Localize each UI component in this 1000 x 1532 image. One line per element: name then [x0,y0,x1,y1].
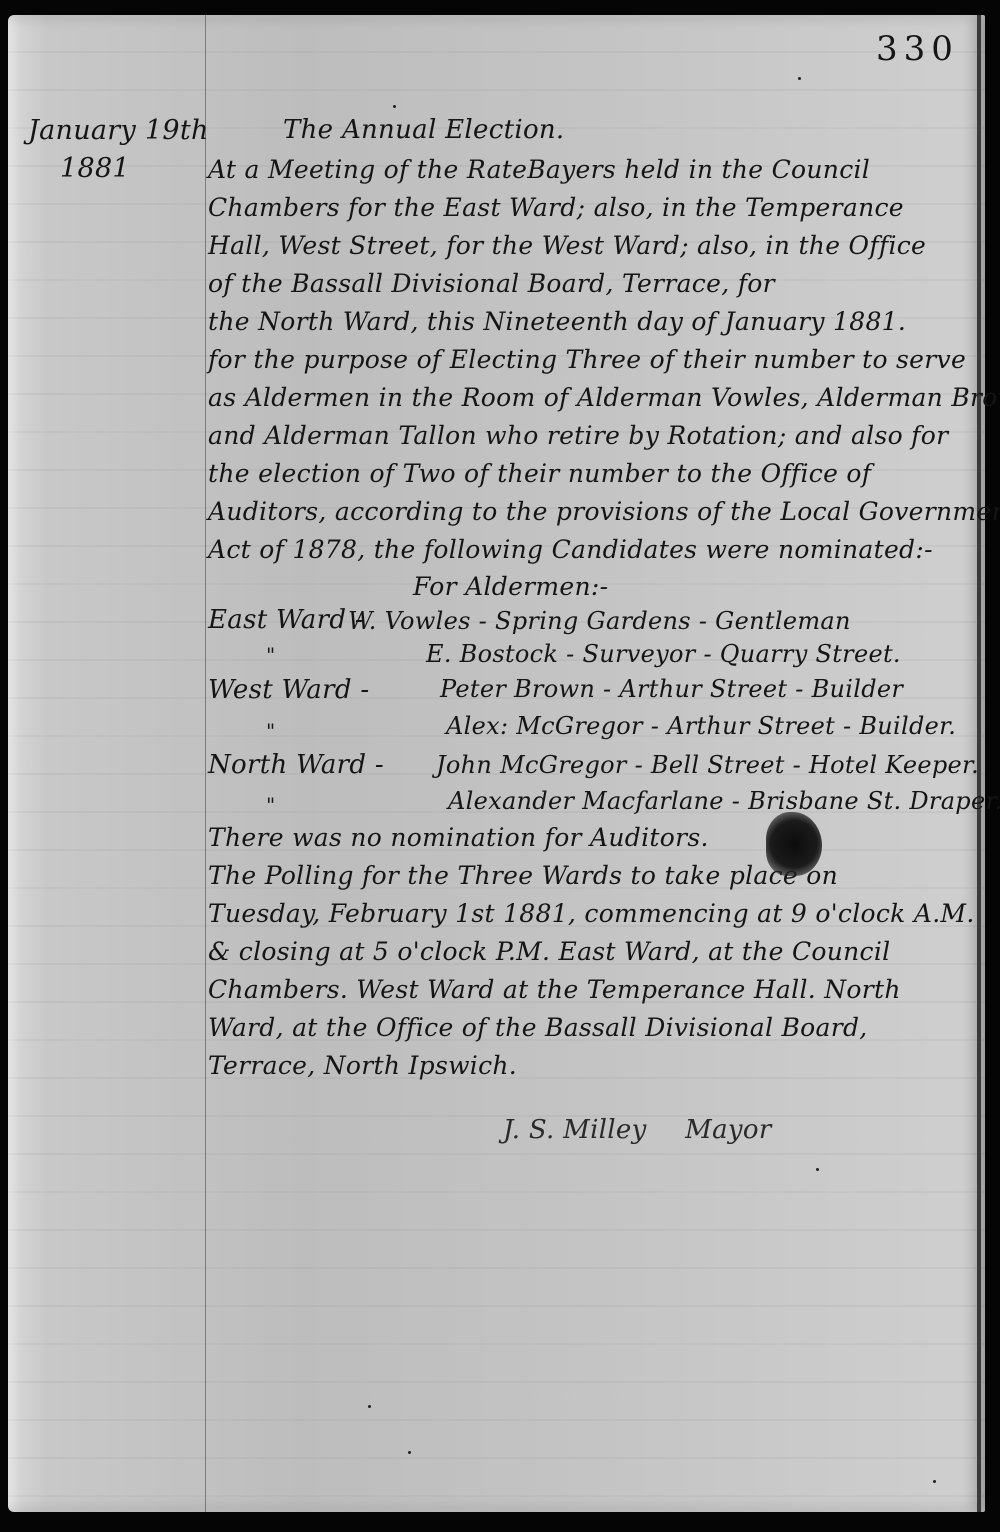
candidate-entry: Alex: McGregor - Arthur Street - Builder… [446,712,956,740]
body-line: Auditors, according to the provisions of… [208,497,1000,526]
aldermen-subheading: For Aldermen:- [413,572,608,601]
body-line: the election of Two of their number to t… [208,459,871,488]
closing-line: Ward, at the Office of the Bassall Divis… [208,1013,868,1042]
body-line: Act of 1878, the following Candidates we… [208,535,933,564]
margin-date-month-day: January 19th [28,115,209,146]
body-line: of the Bassall Divisional Board, Terrace… [208,269,775,298]
paper-speck [798,77,801,80]
margin-rule [205,15,206,1512]
ward-label-north: North Ward - [208,750,384,780]
closing-line: Tuesday, February 1st 1881, commencing a… [208,899,975,928]
ditto-mark: " [266,793,276,817]
body-line: Hall, West Street, for the West Ward; al… [208,231,926,260]
body-line: as Aldermen in the Room of Alderman Vowl… [208,383,1000,412]
closing-line: & closing at 5 o'clock P.M. East Ward, a… [208,937,890,966]
ditto-mark: " [266,643,276,667]
candidate-entry: W. Vowles - Spring Gardens - Gentleman [348,607,851,635]
ditto-mark: " [266,719,276,743]
ink-blot [766,812,822,876]
paper-speck [368,1405,371,1408]
ledger-page: 330 January 19th 1881 The Annual Electio… [8,15,985,1512]
paper-speck [933,1480,936,1483]
paper-speck [816,1168,819,1171]
signature: J. S. Milley Mayor [503,1115,772,1145]
minutes-title: The Annual Election. [283,115,565,145]
candidate-entry: Peter Brown - Arthur Street - Builder [440,675,903,703]
candidate-entry: Alexander Macfarlane - Brisbane St. Drap… [448,787,1000,815]
closing-line: The Polling for the Three Wards to take … [208,861,838,890]
body-line: and Alderman Tallon who retire by Rotati… [208,421,948,450]
body-line: for the purpose of Electing Three of the… [208,345,966,374]
signature-name: J. S. Milley [503,1115,647,1145]
ward-label-east: East Ward - [208,605,364,635]
page-number: 330 [876,29,959,69]
body-line: Chambers for the East Ward; also, in the… [208,193,904,222]
margin-date-year: 1881 [60,153,130,184]
closing-line: Chambers. West Ward at the Temperance Ha… [208,975,901,1004]
paper-speck [408,1451,411,1454]
body-line: At a Meeting of the RateBayers held in t… [208,155,870,184]
signature-title: Mayor [685,1115,771,1145]
closing-line: Terrace, North Ipswich. [208,1051,517,1080]
candidate-entry: John McGregor - Bell Street - Hotel Keep… [436,751,979,779]
ward-label-west: West Ward - [208,675,369,705]
candidate-entry: E. Bostock - Surveyor - Quarry Street. [426,640,901,668]
paper-speck [393,105,396,108]
body-line: the North Ward, this Nineteenth day of J… [208,307,906,336]
closing-line: There was no nomination for Auditors. [208,823,709,852]
